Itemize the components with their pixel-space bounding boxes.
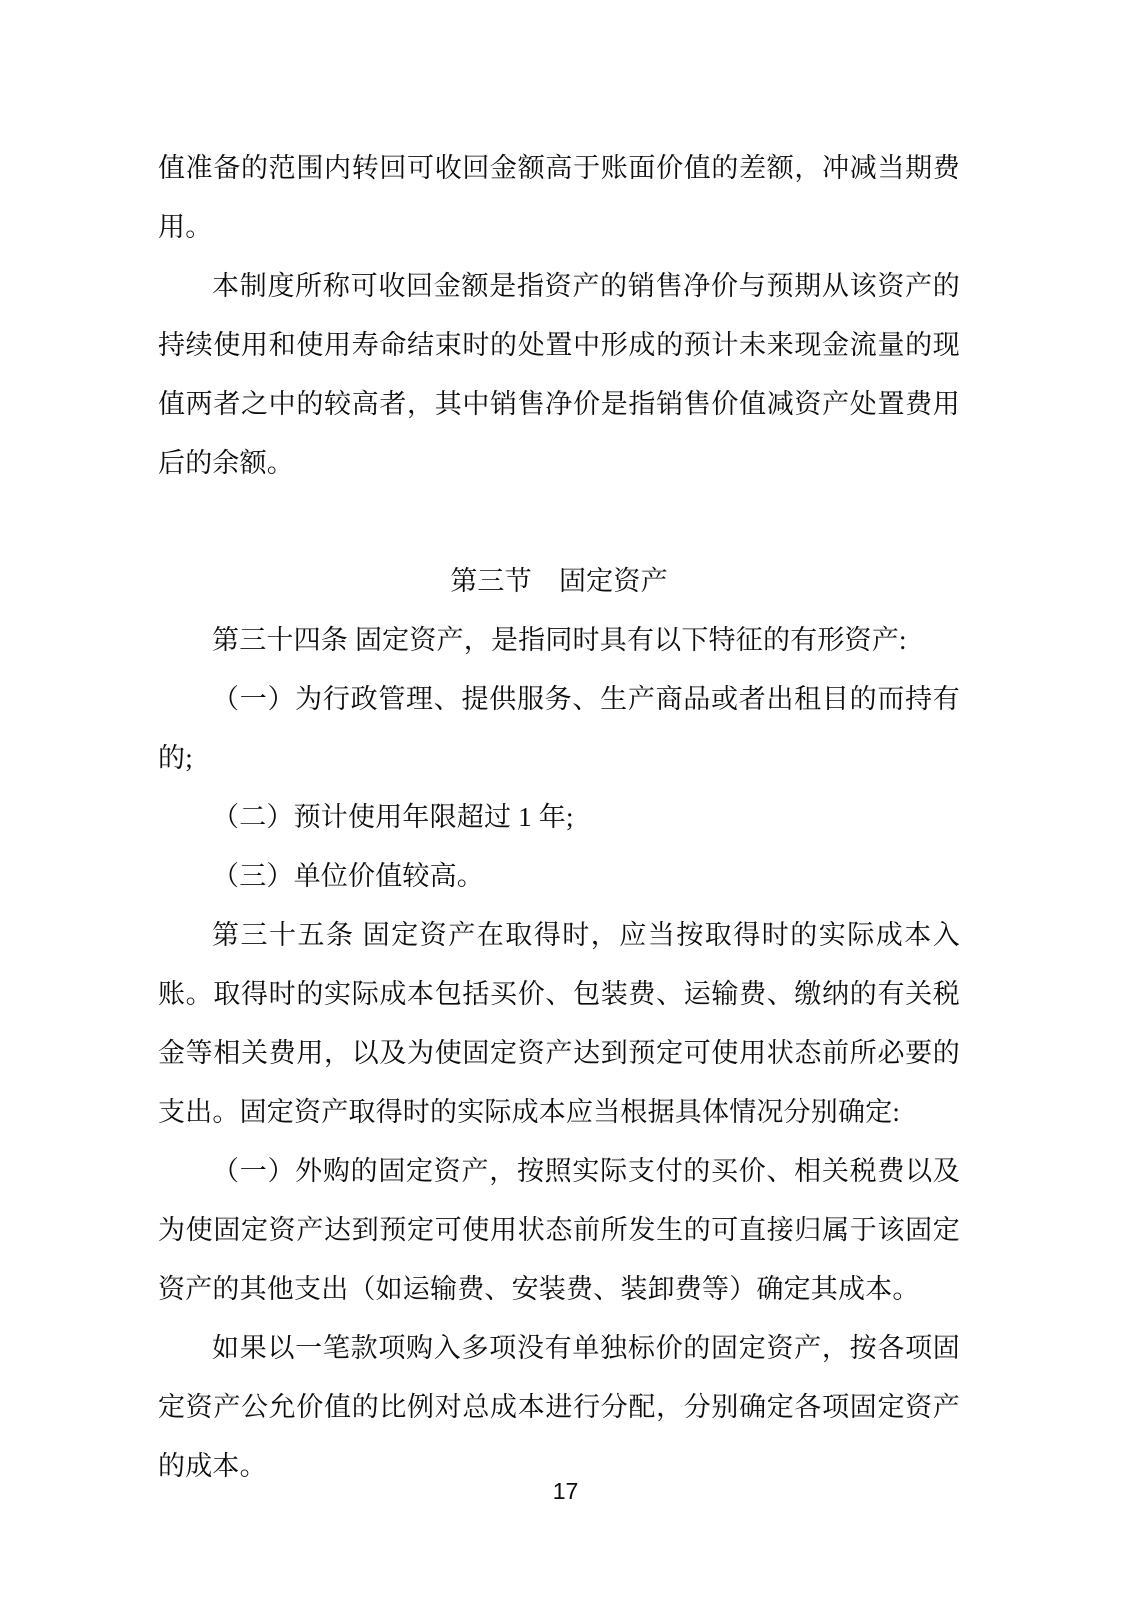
paragraph-article-34: 第三十四条 固定资产，是指同时具有以下特征的有形资产: — [158, 611, 960, 670]
document-page: 值准备的范围内转回可收回金额高于账面价值的差额，冲减当期费用。 本制度所称可收回… — [0, 0, 1131, 1600]
paragraph-continuation: 值准备的范围内转回可收回金额高于账面价值的差额，冲减当期费用。 — [158, 139, 960, 257]
section-heading: 第三节 固定资产 — [158, 552, 960, 611]
paragraph-article-35: 第三十五条 固定资产在取得时，应当按取得时的实际成本入账。取得时的实际成本包括买… — [158, 906, 960, 1142]
page-number: 17 — [0, 1476, 1131, 1506]
paragraph-lump-sum-purchase: 如果以一笔款项购入多项没有单独标价的固定资产，按各项固定资产公允价值的比例对总成… — [158, 1319, 960, 1496]
document-body: 值准备的范围内转回可收回金额高于账面价值的差额，冲减当期费用。 本制度所称可收回… — [158, 139, 960, 1496]
list-item-3: （三）单位价值较高。 — [158, 847, 960, 906]
list-item-1: （一）为行政管理、提供服务、生产商品或者出租目的而持有的; — [158, 670, 960, 788]
paragraph-item-purchased-assets: （一）外购的固定资产，按照实际支付的买价、相关税费以及为使固定资产达到预定可使用… — [158, 1142, 960, 1319]
list-item-2: （二）预计使用年限超过 1 年; — [158, 788, 960, 847]
paragraph: 本制度所称可收回金额是指资产的销售净价与预期从该资产的持续使用和使用寿命结束时的… — [158, 257, 960, 493]
